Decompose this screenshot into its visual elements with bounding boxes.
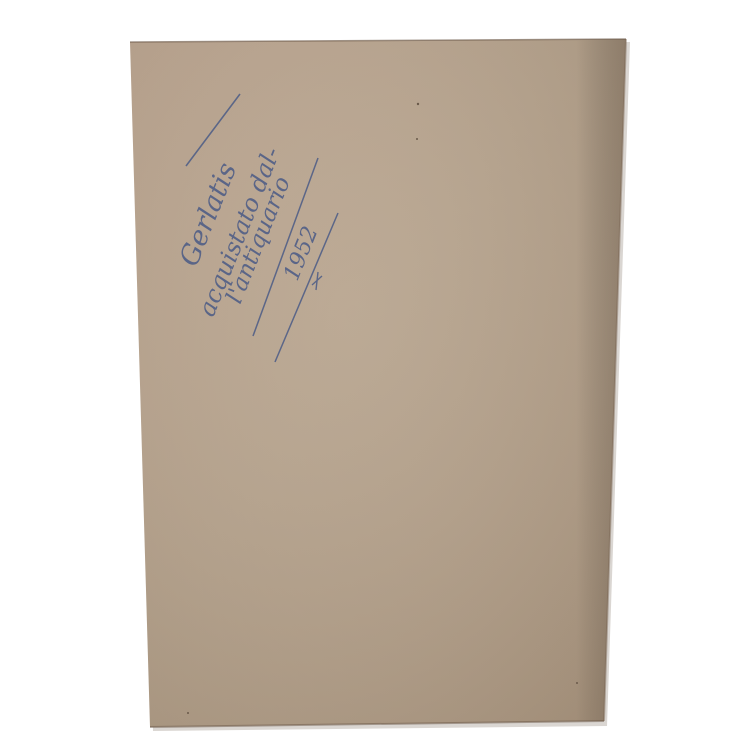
book-back-cover <box>0 0 750 750</box>
photo-scene: Gerlatis acquistato dal- l'antiquario 19… <box>0 0 750 750</box>
